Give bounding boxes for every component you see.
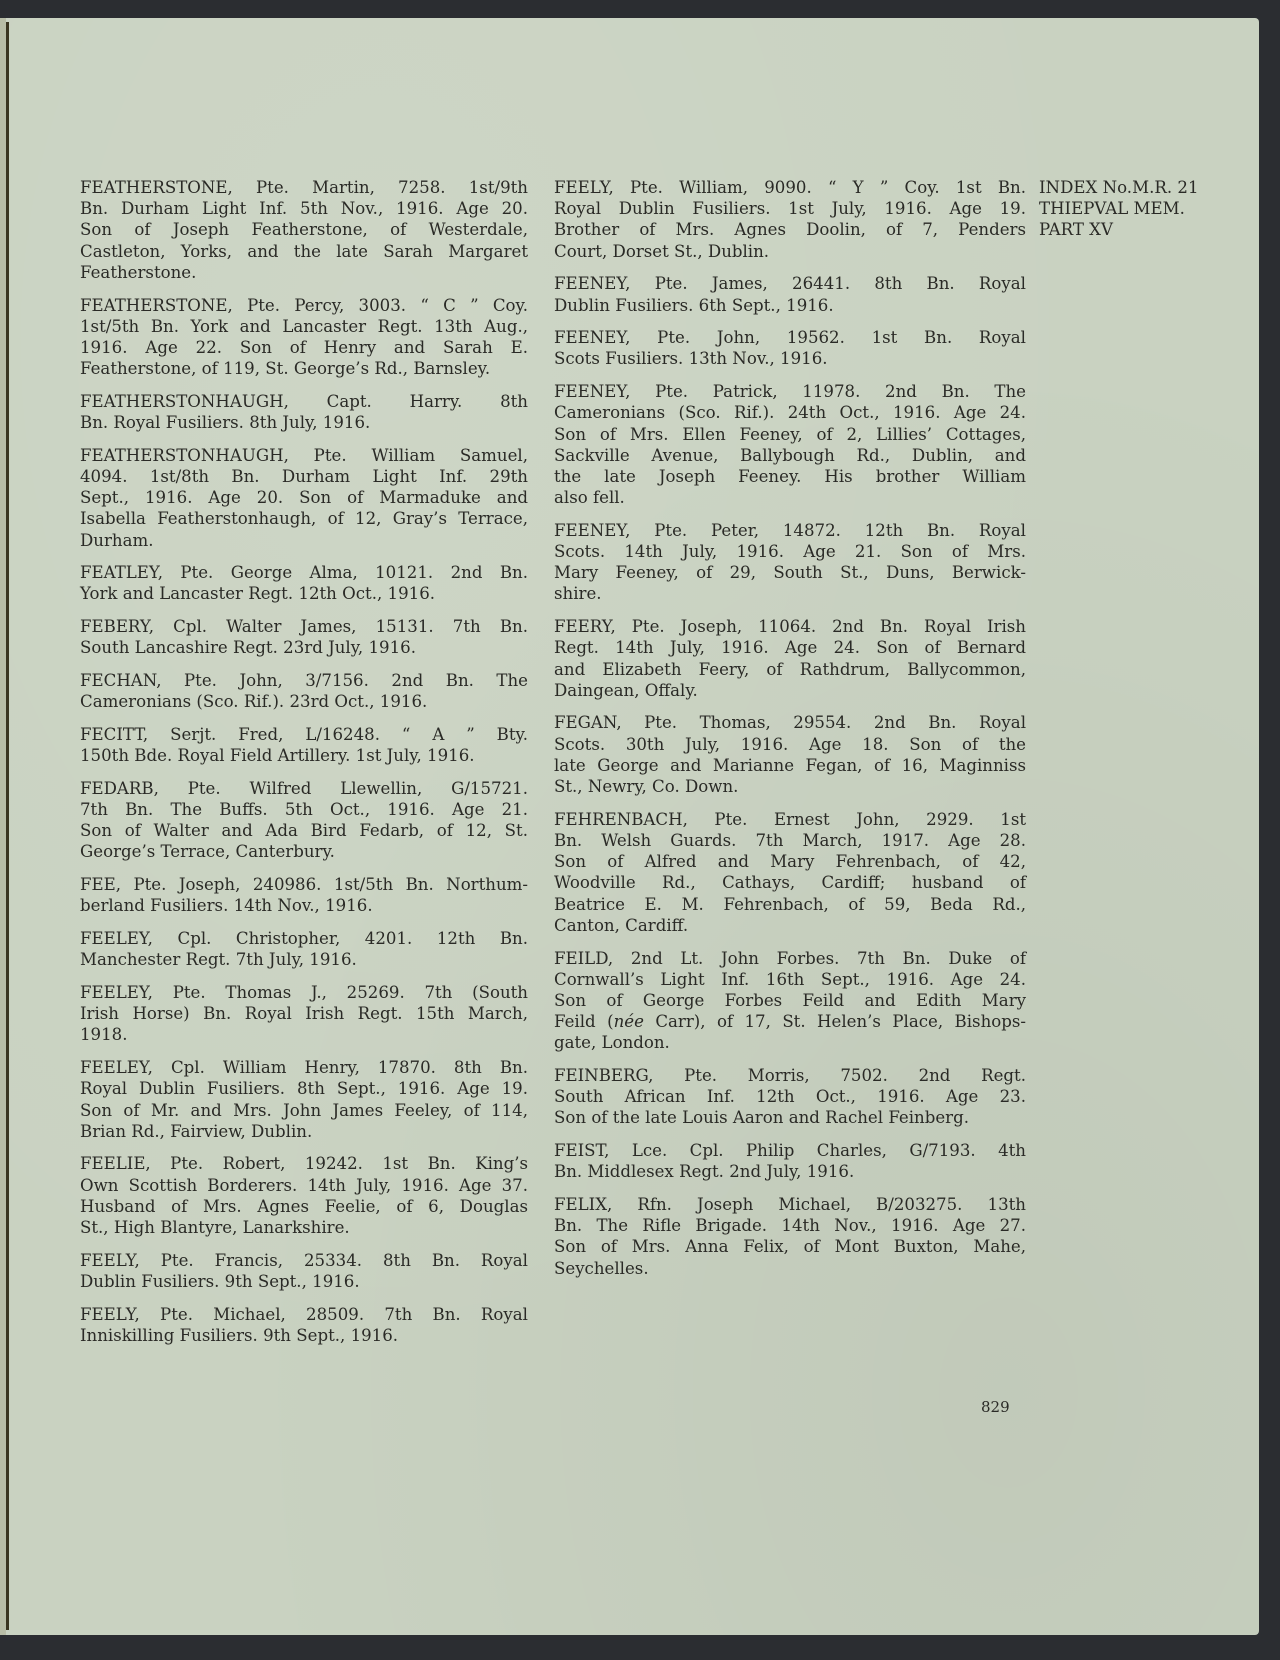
entry-line: Brian Rd., Fairview, Dublin.	[80, 1121, 528, 1142]
entry-line: Dublin Fusiliers. 9th Sept., 1916.	[80, 1271, 528, 1292]
entry-line: Manchester Regt. 7th July, 1916.	[80, 949, 528, 970]
entry-line: Husband of Mrs. Agnes Feelie, of 6, Doug…	[80, 1196, 528, 1217]
entry-line: FEINBERG, Pte. Morris, 7502. 2nd Regt.	[554, 1065, 1026, 1086]
entry-line: Son of Mr. and Mrs. John James Feeley, o…	[80, 1100, 528, 1121]
entry-line: St., Newry, Co. Down.	[554, 776, 1026, 797]
entry-line: George’s Terrace, Canterbury.	[80, 841, 528, 862]
right-column: FEELY, Pte. William, 9090. “ Y ” Coy. 1s…	[554, 177, 1026, 1290]
entry-line: 1st/5th Bn. York and Lancaster Regt. 13t…	[80, 316, 528, 337]
register-entry: FEELY, Pte. Michael, 28509. 7th Bn. Roya…	[80, 1304, 528, 1346]
register-entry: FEENEY, Pte. John, 19562. 1st Bn. RoyalS…	[554, 327, 1026, 369]
entry-line: Bn. Durham Light Inf. 5th Nov., 1916. Ag…	[80, 198, 528, 219]
entry-line: FEDARB, Pte. Wilfred Llewellin, G/15721.	[80, 778, 528, 799]
entry-line: Son of Alfred and Mary Fehrenbach, of 42…	[554, 851, 1026, 872]
entry-line: Son of Mrs. Ellen Feeney, of 2, Lillies’…	[554, 424, 1026, 445]
register-entry: FEELY, Pte. William, 9090. “ Y ” Coy. 1s…	[554, 177, 1026, 262]
register-entry: FEATHERSTONE, Pte. Percy, 3003. “ C ” Co…	[80, 295, 528, 380]
entry-line: Court, Dorset St., Dublin.	[554, 241, 1026, 262]
entry-line: Bn. Royal Fusiliers. 8th July, 1916.	[80, 412, 528, 433]
entry-line: Dublin Fusiliers. 6th Sept., 1916.	[554, 295, 1026, 316]
entry-line: Featherstone, of 119, St. George’s Rd., …	[80, 358, 528, 379]
register-entry: FEELIE, Pte. Robert, 19242. 1st Bn. King…	[80, 1153, 528, 1238]
entry-line: berland Fusiliers. 14th Nov., 1916.	[80, 895, 528, 916]
entry-line: FEATLEY, Pte. George Alma, 10121. 2nd Bn…	[80, 562, 528, 583]
register-entry: FEERY, Pte. Joseph, 11064. 2nd Bn. Royal…	[554, 616, 1026, 701]
entry-line: FEENEY, Pte. James, 26441. 8th Bn. Royal	[554, 273, 1026, 294]
memorial-name: THIEPVAL MEM.	[1039, 198, 1199, 219]
entry-line: the late Joseph Feeney. His brother Will…	[554, 466, 1026, 487]
register-entry: FEELEY, Cpl. William Henry, 17870. 8th B…	[80, 1057, 528, 1142]
entry-line: FEIST, Lce. Cpl. Philip Charles, G/7193.…	[554, 1140, 1026, 1161]
entry-line: FECITT, Serjt. Fred, L/16248. “ A ” Bty.	[80, 724, 528, 745]
register-entry: FECHAN, Pte. John, 3/7156. 2nd Bn. TheCa…	[80, 670, 528, 712]
entry-line: Son of George Forbes Feild and Edith Mar…	[554, 990, 1026, 1011]
entry-line: Castleton, Yorks, and the late Sarah Mar…	[80, 241, 528, 262]
entry-line: 7th Bn. The Buffs. 5th Oct., 1916. Age 2…	[80, 799, 528, 820]
running-header: INDEX No.M.R. 21 THIEPVAL MEM. PART XV	[1039, 177, 1199, 241]
entry-line: 1918.	[80, 1024, 528, 1045]
entry-line: FEHRENBACH, Pte. Ernest John, 2929. 1st	[554, 809, 1026, 830]
entry-line: Bn. Welsh Guards. 7th March, 1917. Age 2…	[554, 830, 1026, 851]
entry-line: Bn. Middlesex Regt. 2nd July, 1916.	[554, 1161, 1026, 1182]
entry-line: Bn. The Rifle Brigade. 14th Nov., 1916. …	[554, 1215, 1026, 1236]
entry-line: Daingean, Offaly.	[554, 680, 1026, 701]
entry-line: Canton, Cardiff.	[554, 915, 1026, 936]
entry-line: Scots. 14th July, 1916. Age 21. Son of M…	[554, 541, 1026, 562]
entry-line: FEATHERSTONE, Pte. Percy, 3003. “ C ” Co…	[80, 295, 528, 316]
entry-line: FEELIE, Pte. Robert, 19242. 1st Bn. King…	[80, 1153, 528, 1174]
entry-line: Brother of Mrs. Agnes Doolin, of 7, Pend…	[554, 219, 1026, 240]
register-entry: FEELEY, Pte. Thomas J., 25269. 7th (Sout…	[80, 982, 528, 1046]
scanned-page-background: FEATHERSTONE, Pte. Martin, 7258. 1st/9th…	[0, 0, 1280, 1660]
register-entry: FEATHERSTONE, Pte. Martin, 7258. 1st/9th…	[80, 177, 528, 283]
register-entry: FEENEY, Pte. James, 26441. 8th Bn. Royal…	[554, 273, 1026, 315]
left-column: FEATHERSTONE, Pte. Martin, 7258. 1st/9th…	[80, 177, 528, 1358]
entry-line: Feild (née Carr), of 17, St. Helen’s Pla…	[554, 1011, 1026, 1032]
register-entry: FEATHERSTONHAUGH, Capt. Harry. 8thBn. Ro…	[80, 391, 528, 433]
binding-edge	[6, 22, 9, 1630]
entry-line: Durham.	[80, 530, 528, 551]
entry-line: FECHAN, Pte. John, 3/7156. 2nd Bn. The	[80, 670, 528, 691]
page-number: 829	[981, 1398, 1010, 1416]
entry-line: FEATHERSTONHAUGH, Capt. Harry. 8th	[80, 391, 528, 412]
entry-line: Featherstone.	[80, 262, 528, 283]
entry-line: FEELEY, Cpl. William Henry, 17870. 8th B…	[80, 1057, 528, 1078]
entry-line: and Elizabeth Feery, of Rathdrum, Ballyc…	[554, 659, 1026, 680]
entry-line: Isabella Featherstonhaugh, of 12, Gray’s…	[80, 508, 528, 529]
entry-line: 150th Bde. Royal Field Artillery. 1st Ju…	[80, 745, 528, 766]
entry-line: also fell.	[554, 487, 1026, 508]
register-entry: FEINBERG, Pte. Morris, 7502. 2nd Regt.So…	[554, 1065, 1026, 1129]
register-entry: FEENEY, Pte. Patrick, 11978. 2nd Bn. The…	[554, 381, 1026, 508]
entry-line: FEELEY, Cpl. Christopher, 4201. 12th Bn.	[80, 928, 528, 949]
register-entry: FEIST, Lce. Cpl. Philip Charles, G/7193.…	[554, 1140, 1026, 1182]
entry-line: Woodville Rd., Cathays, Cardiff; husband…	[554, 872, 1026, 893]
register-entry: FEBERY, Cpl. Walter James, 15131. 7th Bn…	[80, 616, 528, 658]
index-label: INDEX No.M.R. 21	[1039, 177, 1199, 198]
part-label: PART XV	[1039, 219, 1199, 240]
entry-line: Sackville Avenue, Ballybough Rd., Dublin…	[554, 445, 1026, 466]
entry-line: FEELEY, Pte. Thomas J., 25269. 7th (Sout…	[80, 982, 528, 1003]
entry-line: 4094. 1st/8th Bn. Durham Light Inf. 29th	[80, 466, 528, 487]
register-entry: FEILD, 2nd Lt. John Forbes. 7th Bn. Duke…	[554, 948, 1026, 1054]
entry-line: Seychelles.	[554, 1258, 1026, 1279]
entry-line: Cameronians (Sco. Rif.). 24th Oct., 1916…	[554, 402, 1026, 423]
register-entry: FEATLEY, Pte. George Alma, 10121. 2nd Bn…	[80, 562, 528, 604]
entry-line: Cameronians (Sco. Rif.). 23rd Oct., 1916…	[80, 691, 528, 712]
entry-line: FEELY, Pte. Michael, 28509. 7th Bn. Roya…	[80, 1304, 528, 1325]
entry-line: FEELY, Pte. William, 9090. “ Y ” Coy. 1s…	[554, 177, 1026, 198]
register-entry: FEATHERSTONHAUGH, Pte. William Samuel,40…	[80, 445, 528, 551]
register-entry: FEENEY, Pte. Peter, 14872. 12th Bn. Roya…	[554, 520, 1026, 605]
register-entry: FELIX, Rfn. Joseph Michael, B/203275. 13…	[554, 1194, 1026, 1279]
entry-line: gate, London.	[554, 1032, 1026, 1053]
entry-line: Irish Horse) Bn. Royal Irish Regt. 15th …	[80, 1003, 528, 1024]
entry-line: Son of Joseph Featherstone, of Westerdal…	[80, 219, 528, 240]
entry-line: FEILD, 2nd Lt. John Forbes. 7th Bn. Duke…	[554, 948, 1026, 969]
entry-line: Beatrice E. M. Fehrenbach, of 59, Beda R…	[554, 894, 1026, 915]
entry-line: Scots. 30th July, 1916. Age 18. Son of t…	[554, 734, 1026, 755]
entry-line: Mary Feeney, of 29, South St., Duns, Ber…	[554, 562, 1026, 583]
entry-line: Royal Dublin Fusiliers. 1st July, 1916. …	[554, 198, 1026, 219]
entry-line: Royal Dublin Fusiliers. 8th Sept., 1916.…	[80, 1078, 528, 1099]
entry-line: South African Inf. 12th Oct., 1916. Age …	[554, 1086, 1026, 1107]
entry-line: shire.	[554, 583, 1026, 604]
entry-line: South Lancashire Regt. 23rd July, 1916.	[80, 637, 528, 658]
entry-line: Own Scottish Borderers. 14th July, 1916.…	[80, 1175, 528, 1196]
entry-line: Sept., 1916. Age 20. Son of Marmaduke an…	[80, 487, 528, 508]
entry-line: FEELY, Pte. Francis, 25334. 8th Bn. Roya…	[80, 1250, 528, 1271]
entry-line: St., High Blantyre, Lanarkshire.	[80, 1217, 528, 1238]
entry-line: FEGAN, Pte. Thomas, 29554. 2nd Bn. Royal	[554, 712, 1026, 733]
entry-line: late George and Marianne Fegan, of 16, M…	[554, 755, 1026, 776]
entry-line: FEENEY, Pte. Patrick, 11978. 2nd Bn. The	[554, 381, 1026, 402]
entry-line: FEE, Pte. Joseph, 240986. 1st/5th Bn. No…	[80, 874, 528, 895]
entry-line: FEATHERSTONE, Pte. Martin, 7258. 1st/9th	[80, 177, 528, 198]
register-entry: FEHRENBACH, Pte. Ernest John, 2929. 1stB…	[554, 809, 1026, 936]
entry-line: Son of the late Louis Aaron and Rachel F…	[554, 1107, 1026, 1128]
entry-line: FEATHERSTONHAUGH, Pte. William Samuel,	[80, 445, 528, 466]
register-entry: FEGAN, Pte. Thomas, 29554. 2nd Bn. Royal…	[554, 712, 1026, 797]
entry-line: FELIX, Rfn. Joseph Michael, B/203275. 13…	[554, 1194, 1026, 1215]
entry-line: 1916. Age 22. Son of Henry and Sarah E.	[80, 337, 528, 358]
register-entry: FEELY, Pte. Francis, 25334. 8th Bn. Roya…	[80, 1250, 528, 1292]
entry-line: Regt. 14th July, 1916. Age 24. Son of Be…	[554, 637, 1026, 658]
entry-line: FEERY, Pte. Joseph, 11064. 2nd Bn. Royal…	[554, 616, 1026, 637]
entry-line: Son of Mrs. Anna Felix, of Mont Buxton, …	[554, 1236, 1026, 1257]
entry-line: FEBERY, Cpl. Walter James, 15131. 7th Bn…	[80, 616, 528, 637]
entry-line: FEENEY, Pte. Peter, 14872. 12th Bn. Roya…	[554, 520, 1026, 541]
entry-line: Cornwall’s Light Inf. 16th Sept., 1916. …	[554, 969, 1026, 990]
register-entry: FEE, Pte. Joseph, 240986. 1st/5th Bn. No…	[80, 874, 528, 916]
register-entry: FEDARB, Pte. Wilfred Llewellin, G/15721.…	[80, 778, 528, 863]
entry-line: Son of Walter and Ada Bird Fedarb, of 12…	[80, 820, 528, 841]
entry-line: Scots Fusiliers. 13th Nov., 1916.	[554, 348, 1026, 369]
entry-line: Inniskilling Fusiliers. 9th Sept., 1916.	[80, 1325, 528, 1346]
entry-line: FEENEY, Pte. John, 19562. 1st Bn. Royal	[554, 327, 1026, 348]
register-entry: FEELEY, Cpl. Christopher, 4201. 12th Bn.…	[80, 928, 528, 970]
register-entry: FECITT, Serjt. Fred, L/16248. “ A ” Bty.…	[80, 724, 528, 766]
entry-line: York and Lancaster Regt. 12th Oct., 1916…	[80, 583, 528, 604]
